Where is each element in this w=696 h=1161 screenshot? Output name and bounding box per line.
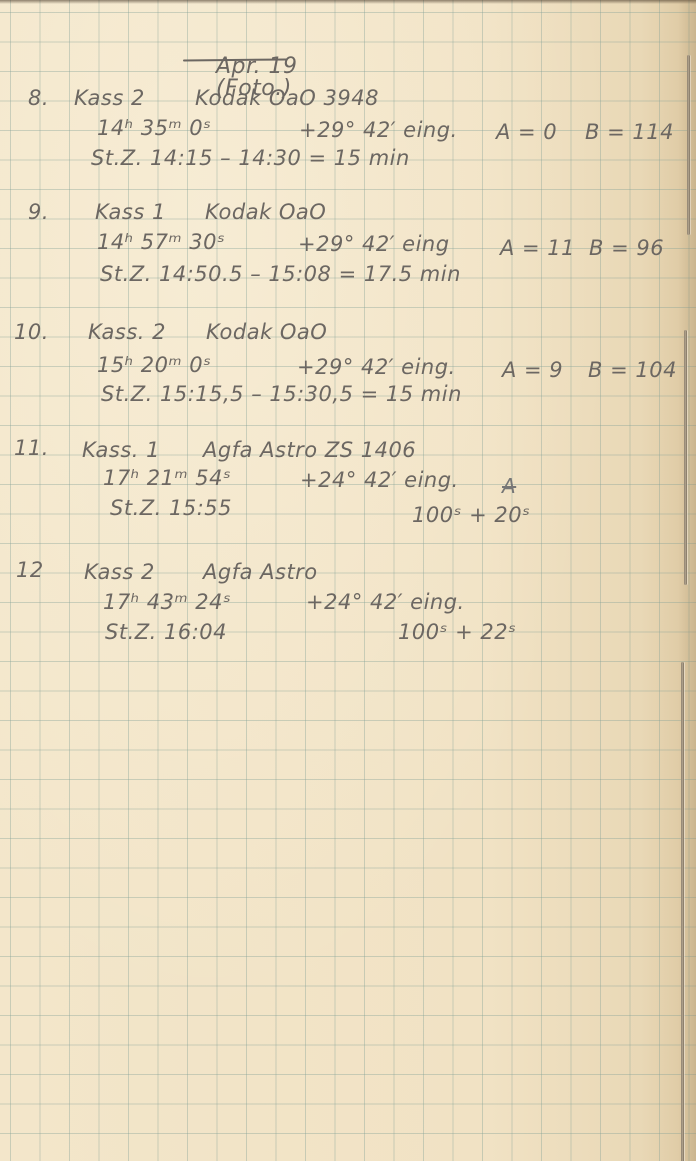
entry-b-value: B = 96 <box>589 238 664 259</box>
entry-a-value: A = 11 <box>500 238 575 259</box>
entry-exposure: 100ˢ + 22ˢ <box>398 622 516 643</box>
entry-b-value: B = 104 <box>588 360 677 381</box>
entry-coords: 15ʰ 20ᵐ 0ˢ <box>97 355 211 376</box>
entry-number: 12 <box>16 560 44 581</box>
entry-a-value: A = 0 <box>496 122 557 143</box>
entry-coords: 17ʰ 43ᵐ 24ˢ <box>103 592 231 613</box>
entry-coords: 17ʰ 21ᵐ 54ˢ <box>103 468 231 489</box>
entry-declination: +24° 42′ eing. <box>306 592 465 613</box>
entry-cassette: Kass 1 <box>95 202 166 223</box>
entry-sidereal-time: St.Z. 14:50.5 – 15:08 = 17.5 min <box>100 264 461 285</box>
entry-coords: 14ʰ 35ᵐ 0ˢ <box>97 118 211 139</box>
entry-sidereal-time: St.Z. 14:15 – 14:30 = 15 min <box>91 148 410 169</box>
entry-number: 9. <box>28 202 49 223</box>
entry-declination: +24° 42′ eing. <box>300 470 459 491</box>
entry-number: 10. <box>14 322 49 343</box>
binding-stitch <box>687 55 690 235</box>
entry-sidereal-time: St.Z. 15:15,5 – 15:30,5 = 15 min <box>101 384 462 405</box>
entry-number: 8. <box>28 88 49 109</box>
entry-coords: 14ʰ 57ᵐ 30ˢ <box>97 232 225 253</box>
entry-declination: +29° 42′ eing. <box>297 357 456 378</box>
notebook-page: Apr. 19 (Foto.) 8. Kass 2 Kodak OaO 3948… <box>0 0 696 1161</box>
entry-sidereal-time: St.Z. 15:55 <box>110 498 232 519</box>
binding-stitch <box>684 330 687 585</box>
entry-declination: +29° 42′ eing. <box>299 120 458 141</box>
entry-exposure: 100ˢ + 20ˢ <box>412 505 530 526</box>
entry-cassette: Kass 2 <box>74 88 145 109</box>
entry-cassette: Kass. 1 <box>82 440 160 461</box>
entry-b-value: B = 114 <box>585 122 674 143</box>
entry-plate: Agfa Astro <box>203 562 318 583</box>
entry-sidereal-time: St.Z. 16:04 <box>105 622 227 643</box>
binding-stitch <box>681 662 684 1161</box>
entry-number: 11. <box>14 438 49 459</box>
entry-plate: Agfa Astro ZS 1406 <box>203 440 416 461</box>
entry-plate: Kodak OaO <box>206 322 327 343</box>
entry-cassette: Kass. 2 <box>88 322 166 343</box>
page-top-edge-shadow <box>0 0 696 4</box>
entry-declination: +29° 42′ eing <box>298 234 450 255</box>
entry-plate: Kodak OaO 3948 <box>195 88 379 109</box>
entry-a-value: A = 9 <box>502 360 563 381</box>
struck-out-text: A <box>502 476 516 496</box>
entry-plate: Kodak OaO <box>205 202 326 223</box>
entry-cassette: Kass 2 <box>84 562 155 583</box>
